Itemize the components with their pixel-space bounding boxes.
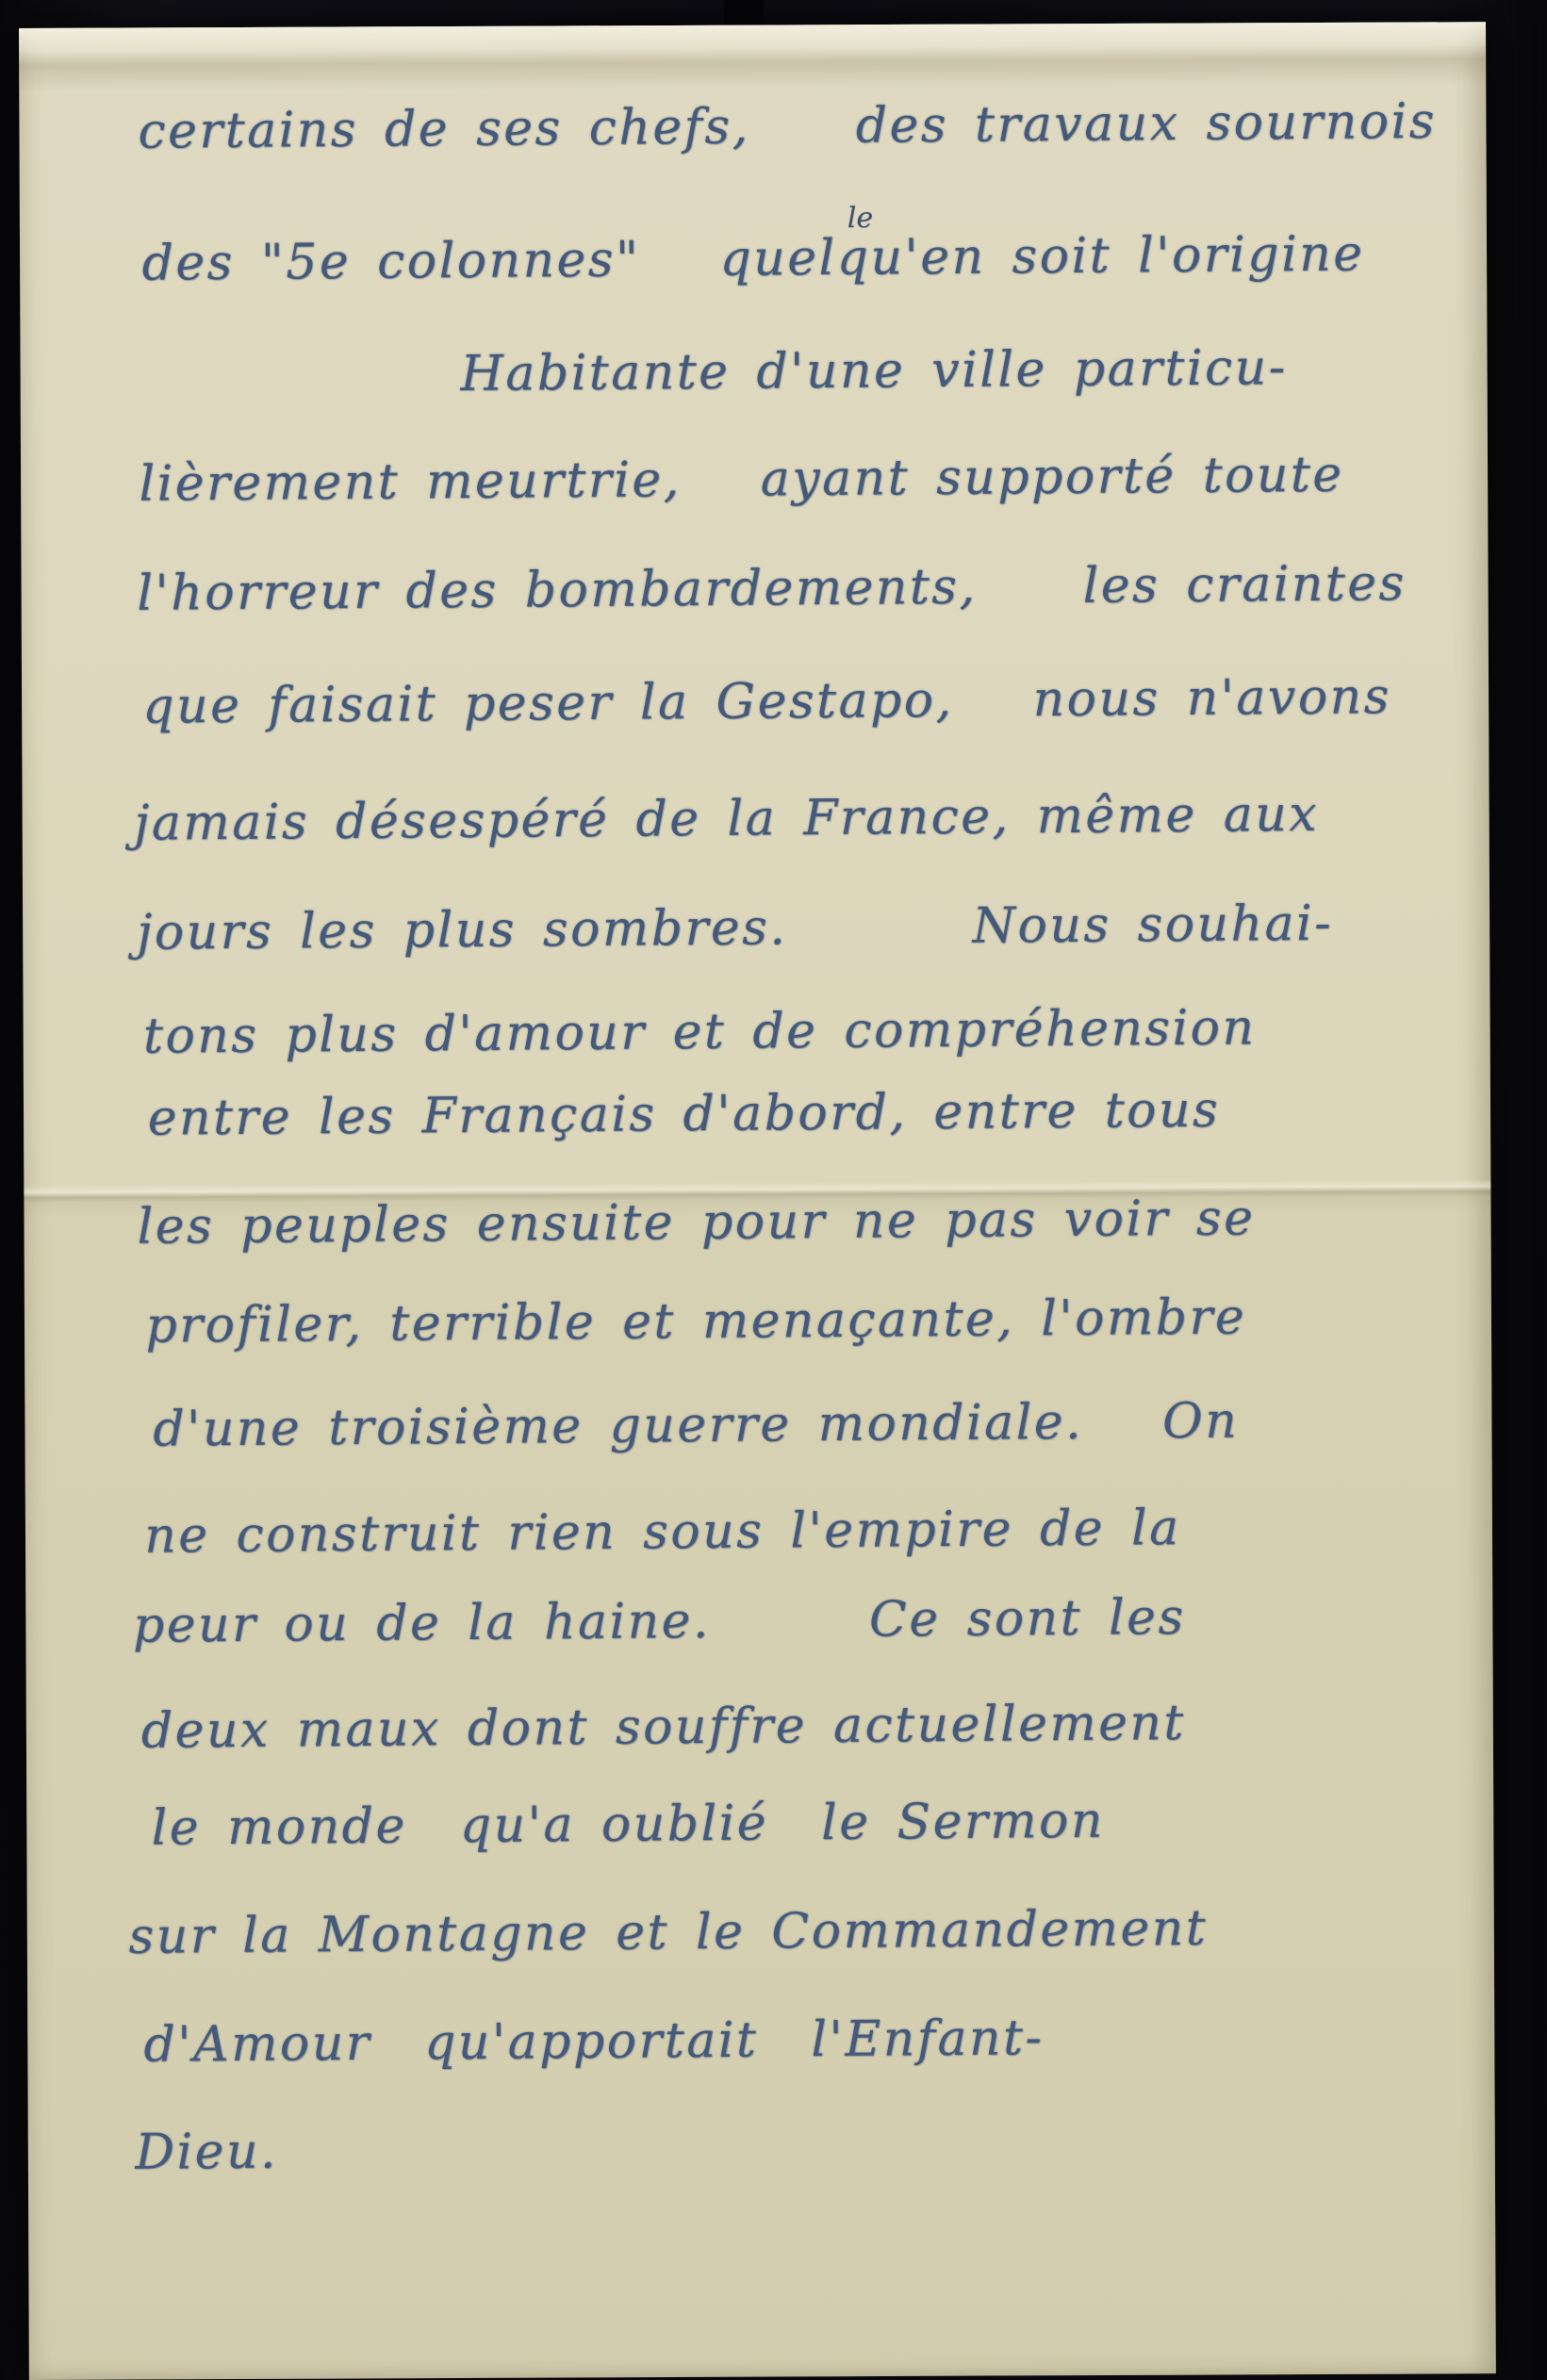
handwritten-line: jamais désespéré de la France, même aux — [134, 786, 1319, 852]
handwritten-line: l'horreur des bombardements, les crainte… — [137, 555, 1407, 622]
correction-superscript: le — [848, 202, 874, 235]
handwritten-line: profiler, terrible et menaçante, l'ombre — [145, 1289, 1246, 1354]
handwritten-line: deux maux dont souffre actuellement — [141, 1695, 1186, 1760]
handwritten-line: que faisait peser la Gestapo, nous n'avo… — [142, 668, 1391, 734]
handwritten-line: jours les plus sombres. Nous souhai- — [137, 895, 1333, 961]
handwritten-line: Habitante d'une ville particu- — [460, 339, 1288, 402]
letter-page: certains de ses chefs, des travaux sourn… — [19, 22, 1496, 2380]
handwritten-line: des "5e colonnes" quelqu'en soit l'origi… — [141, 226, 1364, 292]
handwritten-line: d'une troisième guerre mondiale. On — [153, 1393, 1239, 1458]
handwritten-line: certains de ses chefs, des travaux sourn… — [138, 93, 1437, 160]
handwritten-line: entre les Français d'abord, entre tous — [147, 1082, 1220, 1147]
handwritten-line: Dieu. — [135, 2124, 278, 2181]
handwritten-line: sur la Montagne et le Commandement — [128, 1900, 1208, 1965]
handwritten-line: peur ou de la haine. Ce sont les — [133, 1589, 1186, 1654]
handwritten-line: lièrement meurtrie, ayant supporté toute — [139, 447, 1344, 513]
handwritten-line: d'Amour qu'apportait l'Enfant- — [143, 2010, 1044, 2073]
letter-lines: certains de ses chefs, des travaux sourn… — [15, 20, 1501, 2380]
handwritten-line: le monde qu'a oublié le Sermon — [151, 1793, 1105, 1857]
handwritten-line: les peuples ensuite pour ne pas voir se — [137, 1190, 1255, 1255]
handwritten-line: tons plus d'amour et de compréhension — [143, 999, 1257, 1064]
handwritten-line: ne construit rien sous l'empire de la — [144, 1500, 1181, 1565]
photo-background: certains de ses chefs, des travaux sourn… — [0, 0, 1547, 2380]
